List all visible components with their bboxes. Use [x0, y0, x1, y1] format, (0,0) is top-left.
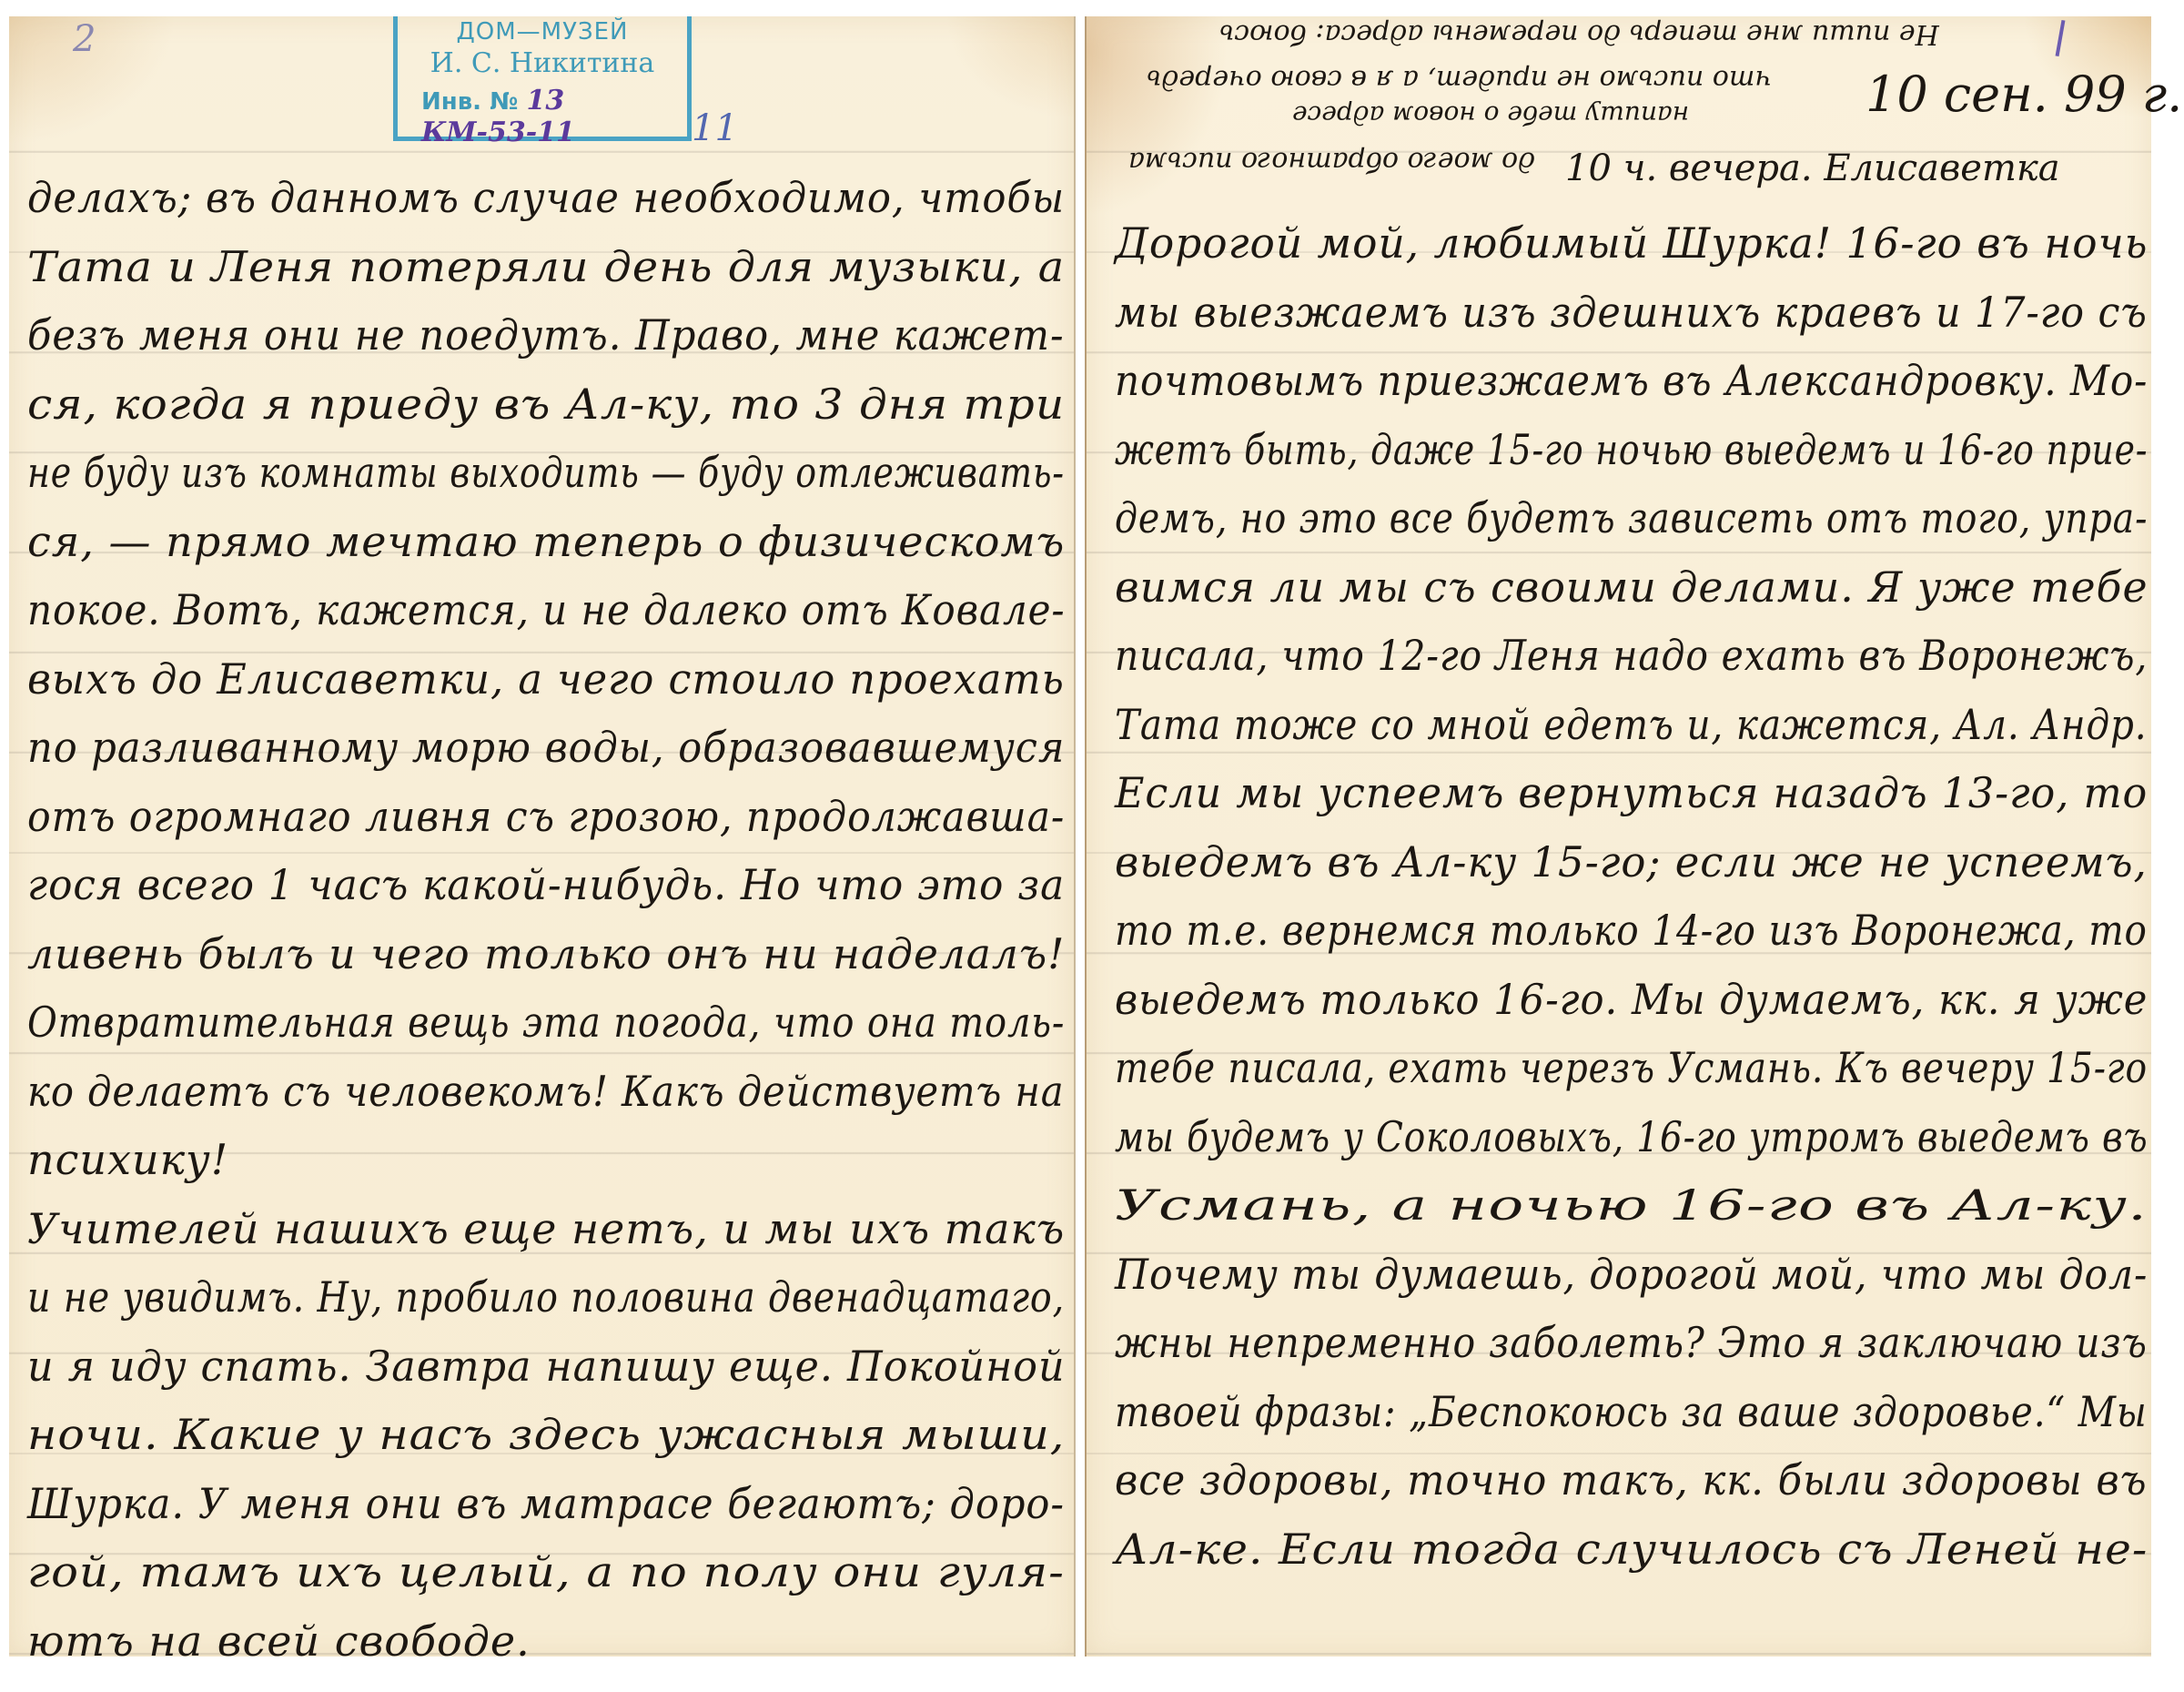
handwritten-line: гой, тамъ ихъ целый, а по полу они гуля- — [27, 1547, 1065, 1596]
handwritten-line: Отвратительная вещь эта погода, что она … — [27, 998, 1065, 1047]
handwritten-line: покое. Вотъ, кажется, и не далеко отъ Ко… — [27, 585, 1066, 634]
handwritten-line: писала, что 12-го Леня надо ехать въ Вор… — [1115, 631, 2148, 680]
stamp-line2: И. С. Никитина — [398, 47, 687, 79]
handwritten-line: делахъ; въ данномъ случае необходимо, чт… — [27, 173, 1065, 222]
handwritten-line: гося всего 1 часъ какой-нибудь. Но что э… — [27, 860, 1065, 909]
handwritten-line: Учителей нашихъ еще нетъ, и мы ихъ такъ — [27, 1204, 1065, 1253]
handwritten-line: не буду изъ комнаты выходить — буду отле… — [27, 448, 1065, 497]
handwritten-line: по разливанному морю воды, образовавшему… — [27, 723, 1065, 772]
handwritten-line: безъ меня они не поедутъ. Право, мне каж… — [27, 310, 1065, 360]
handwritten-line: ливень былъ и чего только онъ ни наделал… — [27, 929, 1065, 978]
handwritten-line: Ал-ке. Если тогда случилось съ Леней не- — [1115, 1525, 2148, 1574]
inverted-header-line: что письмо не придет, а я в свою очередь — [1147, 64, 1772, 96]
stamp-inventory-label: Инв. № — [421, 88, 518, 116]
page-number-left: 2 — [73, 18, 96, 60]
handwritten-line: отъ огромнаго ливня съ грозою, продолжав… — [27, 792, 1065, 841]
handwritten-line: тебе писала, ехать черезъ Усмань. Къ веч… — [1115, 1043, 2148, 1092]
handwritten-line: Тата тоже со мной едетъ и, кажется, Ал. … — [1115, 700, 2148, 749]
handwritten-line: жны непременно заболеть? Это я заключаю … — [1115, 1318, 2148, 1367]
time-and-place: 10 ч. вечера. Елисаветка — [1565, 147, 2060, 189]
stamp-extra-mark: 11 — [692, 107, 738, 149]
handwritten-line: Почему ты думаешь, дорогой мой, что мы д… — [1115, 1250, 2148, 1299]
inverted-header-line: Не пиши мне теперь до перемены адреса: б… — [1219, 18, 1939, 50]
handwritten-line: психику! — [27, 1135, 228, 1184]
handwritten-line: демъ, но это все будетъ зависеть отъ тог… — [1115, 493, 2148, 542]
inverted-header-line: напишу тебе о новом адресе — [1292, 100, 1689, 130]
handwritten-line: ко делаетъ съ человекомъ! Какъ действует… — [27, 1067, 1065, 1116]
place-prefix: до моего обратного письма — [1128, 146, 1535, 177]
stamp-line1: ДОМ—МУЗЕЙ — [398, 18, 687, 46]
handwritten-line: ся, когда я приеду въ Ал-ку, то 3 дня тр… — [27, 380, 1065, 429]
letter-date: 10 сен. 99 г. — [1865, 66, 2182, 123]
handwritten-line: ся, — прямо мечтаю теперь о физическомъ — [27, 517, 1065, 566]
handwritten-line: выедемъ только 16-го. Мы думаемъ, кк. я … — [1115, 975, 2148, 1024]
handwritten-line: почтовымъ приезжаемъ въ Александровку. М… — [1115, 356, 2148, 405]
handwritten-line: твоей фразы: „Беспокоюсь за ваше здоровь… — [1115, 1387, 2148, 1436]
handwritten-line: мы будемъ у Соколовыхъ, 16-го утромъ вые… — [1115, 1112, 2148, 1161]
handwritten-line: ночи. Какие у насъ здесь ужасныя мыши, — [27, 1410, 1065, 1459]
handwritten-line: и не увидимъ. Ну, пробило половина двена… — [27, 1272, 1065, 1322]
handwritten-line: и я иду спать. Завтра напишу еще. Покойн… — [27, 1342, 1066, 1391]
handwritten-line: Дорогой мой, любимый Шурка! 16-го въ ноч… — [1115, 218, 2148, 268]
stamp-inventory: Инв. № 13 КМ-53-11 — [398, 85, 687, 148]
handwritten-line: Шурка. У меня они въ матрасе бегаютъ; до… — [27, 1479, 1065, 1528]
handwritten-line: выедемъ въ Ал-ку 15-го; если же не успее… — [1115, 837, 2148, 887]
handwritten-line: ютъ на всей свободе. — [27, 1616, 531, 1666]
museum-stamp: ДОМ—МУЗЕЙ И. С. Никитина Инв. № 13 КМ-53… — [393, 16, 692, 141]
handwritten-line: Тата и Леня потеряли день для музыки, а — [27, 242, 1065, 291]
handwritten-line: жетъ быть, даже 15-го ночью выедемъ и 16… — [1115, 425, 2148, 474]
handwritten-line: вимся ли мы съ своими делами. Я уже тебе — [1115, 562, 2149, 612]
handwritten-line: все здоровы, точно такъ, кк. были здоров… — [1115, 1455, 2148, 1505]
handwritten-line: Усмань, а ночью 16-го въ Ал-ку. — [1115, 1180, 2148, 1230]
handwritten-line: мы выезжаемъ изъ здешнихъ краевъ и 17-го… — [1115, 288, 2148, 337]
handwritten-line: то т.е. вернемся только 14-го изъ Вороне… — [1115, 906, 2148, 955]
handwritten-line: Если мы успеемъ вернуться назадъ 13-го, … — [1115, 768, 2148, 817]
handwritten-line: выхъ до Елисаветки, а чего стоило проеха… — [27, 654, 1065, 704]
